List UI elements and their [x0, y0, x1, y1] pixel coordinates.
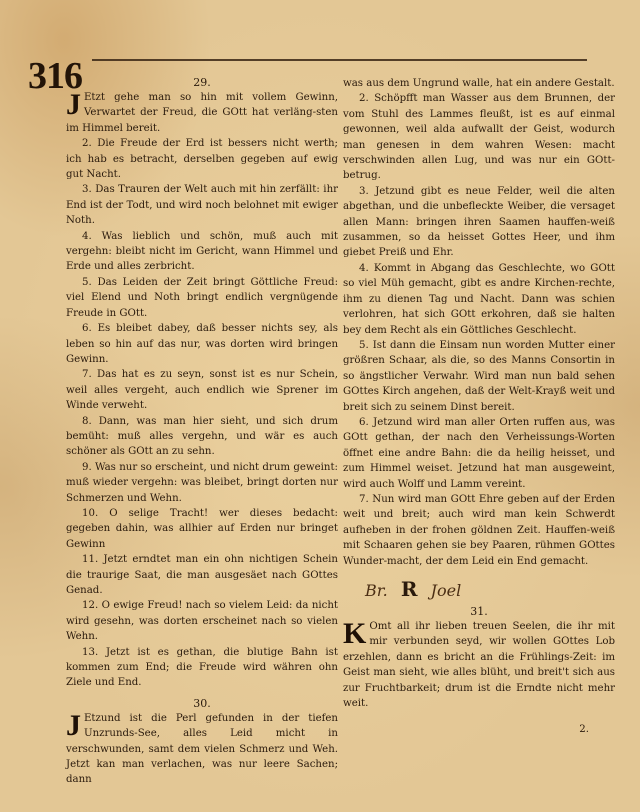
annotation-name: Joel	[431, 581, 462, 600]
hymn-30-stanza-7: 7. Nun wird man GOtt Ehre geben auf der …	[343, 492, 615, 569]
handwritten-annotation: Br. R Joel	[365, 577, 615, 603]
hymn-29-stanza-13: 13. Jetzt ist es gethan, die blutige Bah…	[66, 645, 338, 691]
hymn-29-stanza-12: 12. O ewige Freud! nach so vielem Leid: …	[66, 598, 338, 644]
hymn-29-stanza-4: 4. Was lieblich und schön, muß auch mit …	[66, 229, 338, 275]
hymn-29-stanza-1: JEtzt gehe man so hin mit vollem Gewinn,…	[66, 90, 338, 136]
hymn-29-stanza-2: 2. Die Freude der Erd ist bessers nicht …	[66, 136, 338, 182]
catchword: 2.	[343, 722, 615, 737]
hymn-30-stanza-3: 3. Jetzund gibt es neue Felder, weil die…	[343, 184, 615, 261]
hymn-30-stanza-1: JEtzund ist die Perl gefunden in der tie…	[66, 711, 338, 788]
hymn-30-stanza-6: 6. Jetzund wird man aller Orten ruffen a…	[343, 415, 615, 492]
right-column: was aus dem Ungrund walle, hat ein ander…	[343, 76, 615, 747]
hymn-29-stanza-8: 8. Dann, was man hier sieht, und sich dr…	[66, 414, 338, 460]
hymn-number-31: 31.	[343, 605, 615, 619]
hymn-31-stanza-1: KOmt all ihr lieben treuen Seelen, die i…	[343, 619, 615, 711]
dropcap: J	[66, 712, 81, 740]
dropcap: J	[66, 91, 81, 119]
hymn-29-stanza-10: 10. O selige Tracht! wer dieses bedacht:…	[66, 506, 338, 552]
hymn-30-stanza-2: 2. Schöpfft man Wasser aus dem Brunnen, …	[343, 91, 615, 183]
hymn-29-stanza-6: 6. Es bleibet dabey, daß besser nichts s…	[66, 321, 338, 367]
hymn-30-stanza-4: 4. Kommt in Abgang das Geschlechte, wo G…	[343, 261, 615, 338]
hymn-30-continuation: was aus dem Ungrund walle, hat ein ander…	[343, 76, 615, 91]
dropcap: K	[343, 620, 366, 648]
annotation-prefix: Br.	[365, 581, 388, 600]
hymn-30-stanza-5: 5. Ist dann die Einsam nun worden Mutter…	[343, 338, 615, 415]
hymn-number-30: 30.	[66, 697, 338, 711]
annotation-mark: R	[401, 577, 418, 601]
hymn-29-stanza-9: 9. Was nur so erscheint, und nicht drum …	[66, 460, 338, 506]
hymn-29-stanza-5: 5. Das Leiden der Zeit bringt Göttliche …	[66, 275, 338, 321]
header-rule	[92, 59, 587, 61]
hymn-29-stanza-7: 7. Das hat es zu seyn, sonst ist es nur …	[66, 367, 338, 413]
hymn-29-stanza-3: 3. Das Trauren der Welt auch mit hin zer…	[66, 182, 338, 228]
hymn-number-29: 29.	[66, 76, 338, 90]
hymn-29-stanza-11: 11. Jetzt erndtet man ein ohn nichtigen …	[66, 552, 338, 598]
left-column: 29. JEtzt gehe man so hin mit vollem Gew…	[66, 76, 338, 788]
